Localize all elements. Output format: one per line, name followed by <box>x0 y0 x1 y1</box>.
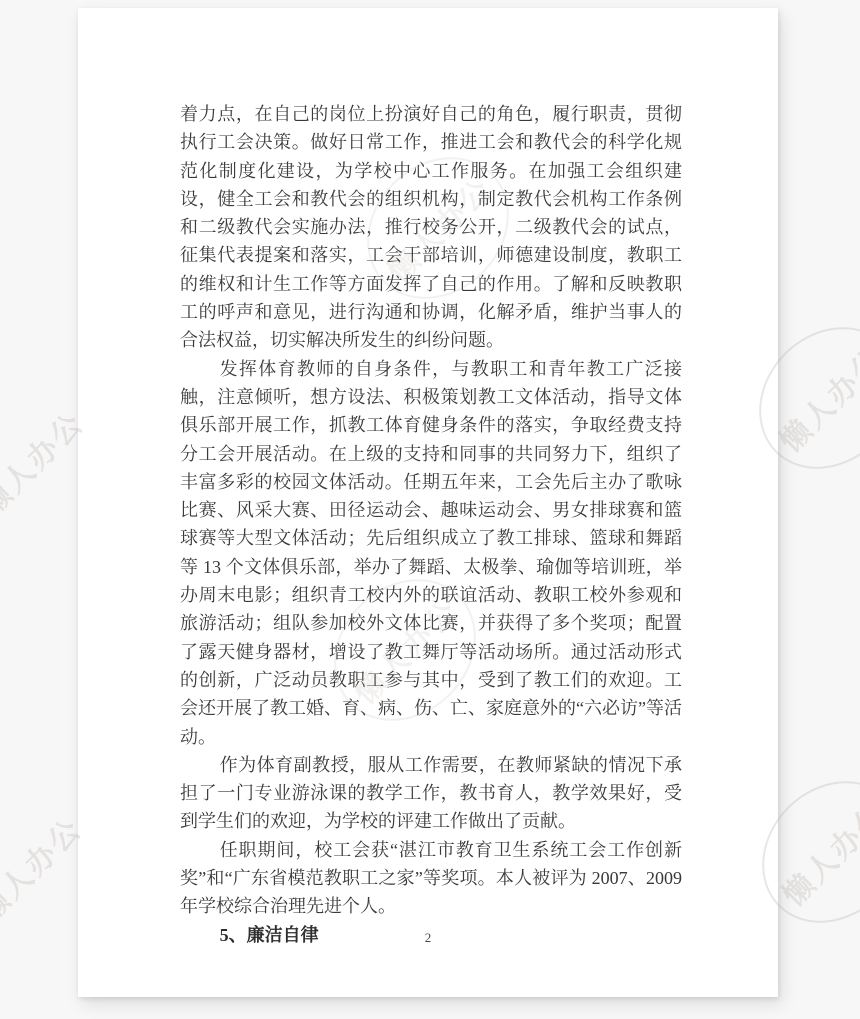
document-viewer-background: 着力点，在自己的岗位上扮演好自己的角色，履行职责，贯彻执行工会决策。做好日常工作… <box>0 0 860 1019</box>
paragraph-union-work: 着力点，在自己的岗位上扮演好自己的角色，履行职责，贯彻执行工会决策。做好日常工作… <box>180 100 682 355</box>
paragraph-sports-activities: 发挥体育教师的自身条件，与教职工和青年教工广泛接触，注意倾听，想方设法、积极策划… <box>180 355 682 751</box>
paragraph-awards: 任职期间，校工会获“湛江市教育卫生系统工会工作创新奖”和“广东省模范教职工之家”… <box>180 836 682 921</box>
page-number: 2 <box>78 930 778 946</box>
watermark-text: 懒人办公 <box>771 790 860 914</box>
document-content: 着力点，在自己的岗位上扮演好自己的角色，履行职责，贯彻执行工会决策。做好日常工作… <box>180 100 682 949</box>
document-page: 着力点，在自己的岗位上扮演好自己的角色，履行职责，贯彻执行工会决策。做好日常工作… <box>78 8 778 997</box>
watermark-text: 懒人办公 <box>0 806 90 930</box>
paragraph-teaching: 作为体育副教授，服从工作需要，在教师紧缺的情况下承担了一门专业游泳课的教学工作，… <box>180 751 682 836</box>
watermark-text: 懒人办公 <box>768 336 860 460</box>
